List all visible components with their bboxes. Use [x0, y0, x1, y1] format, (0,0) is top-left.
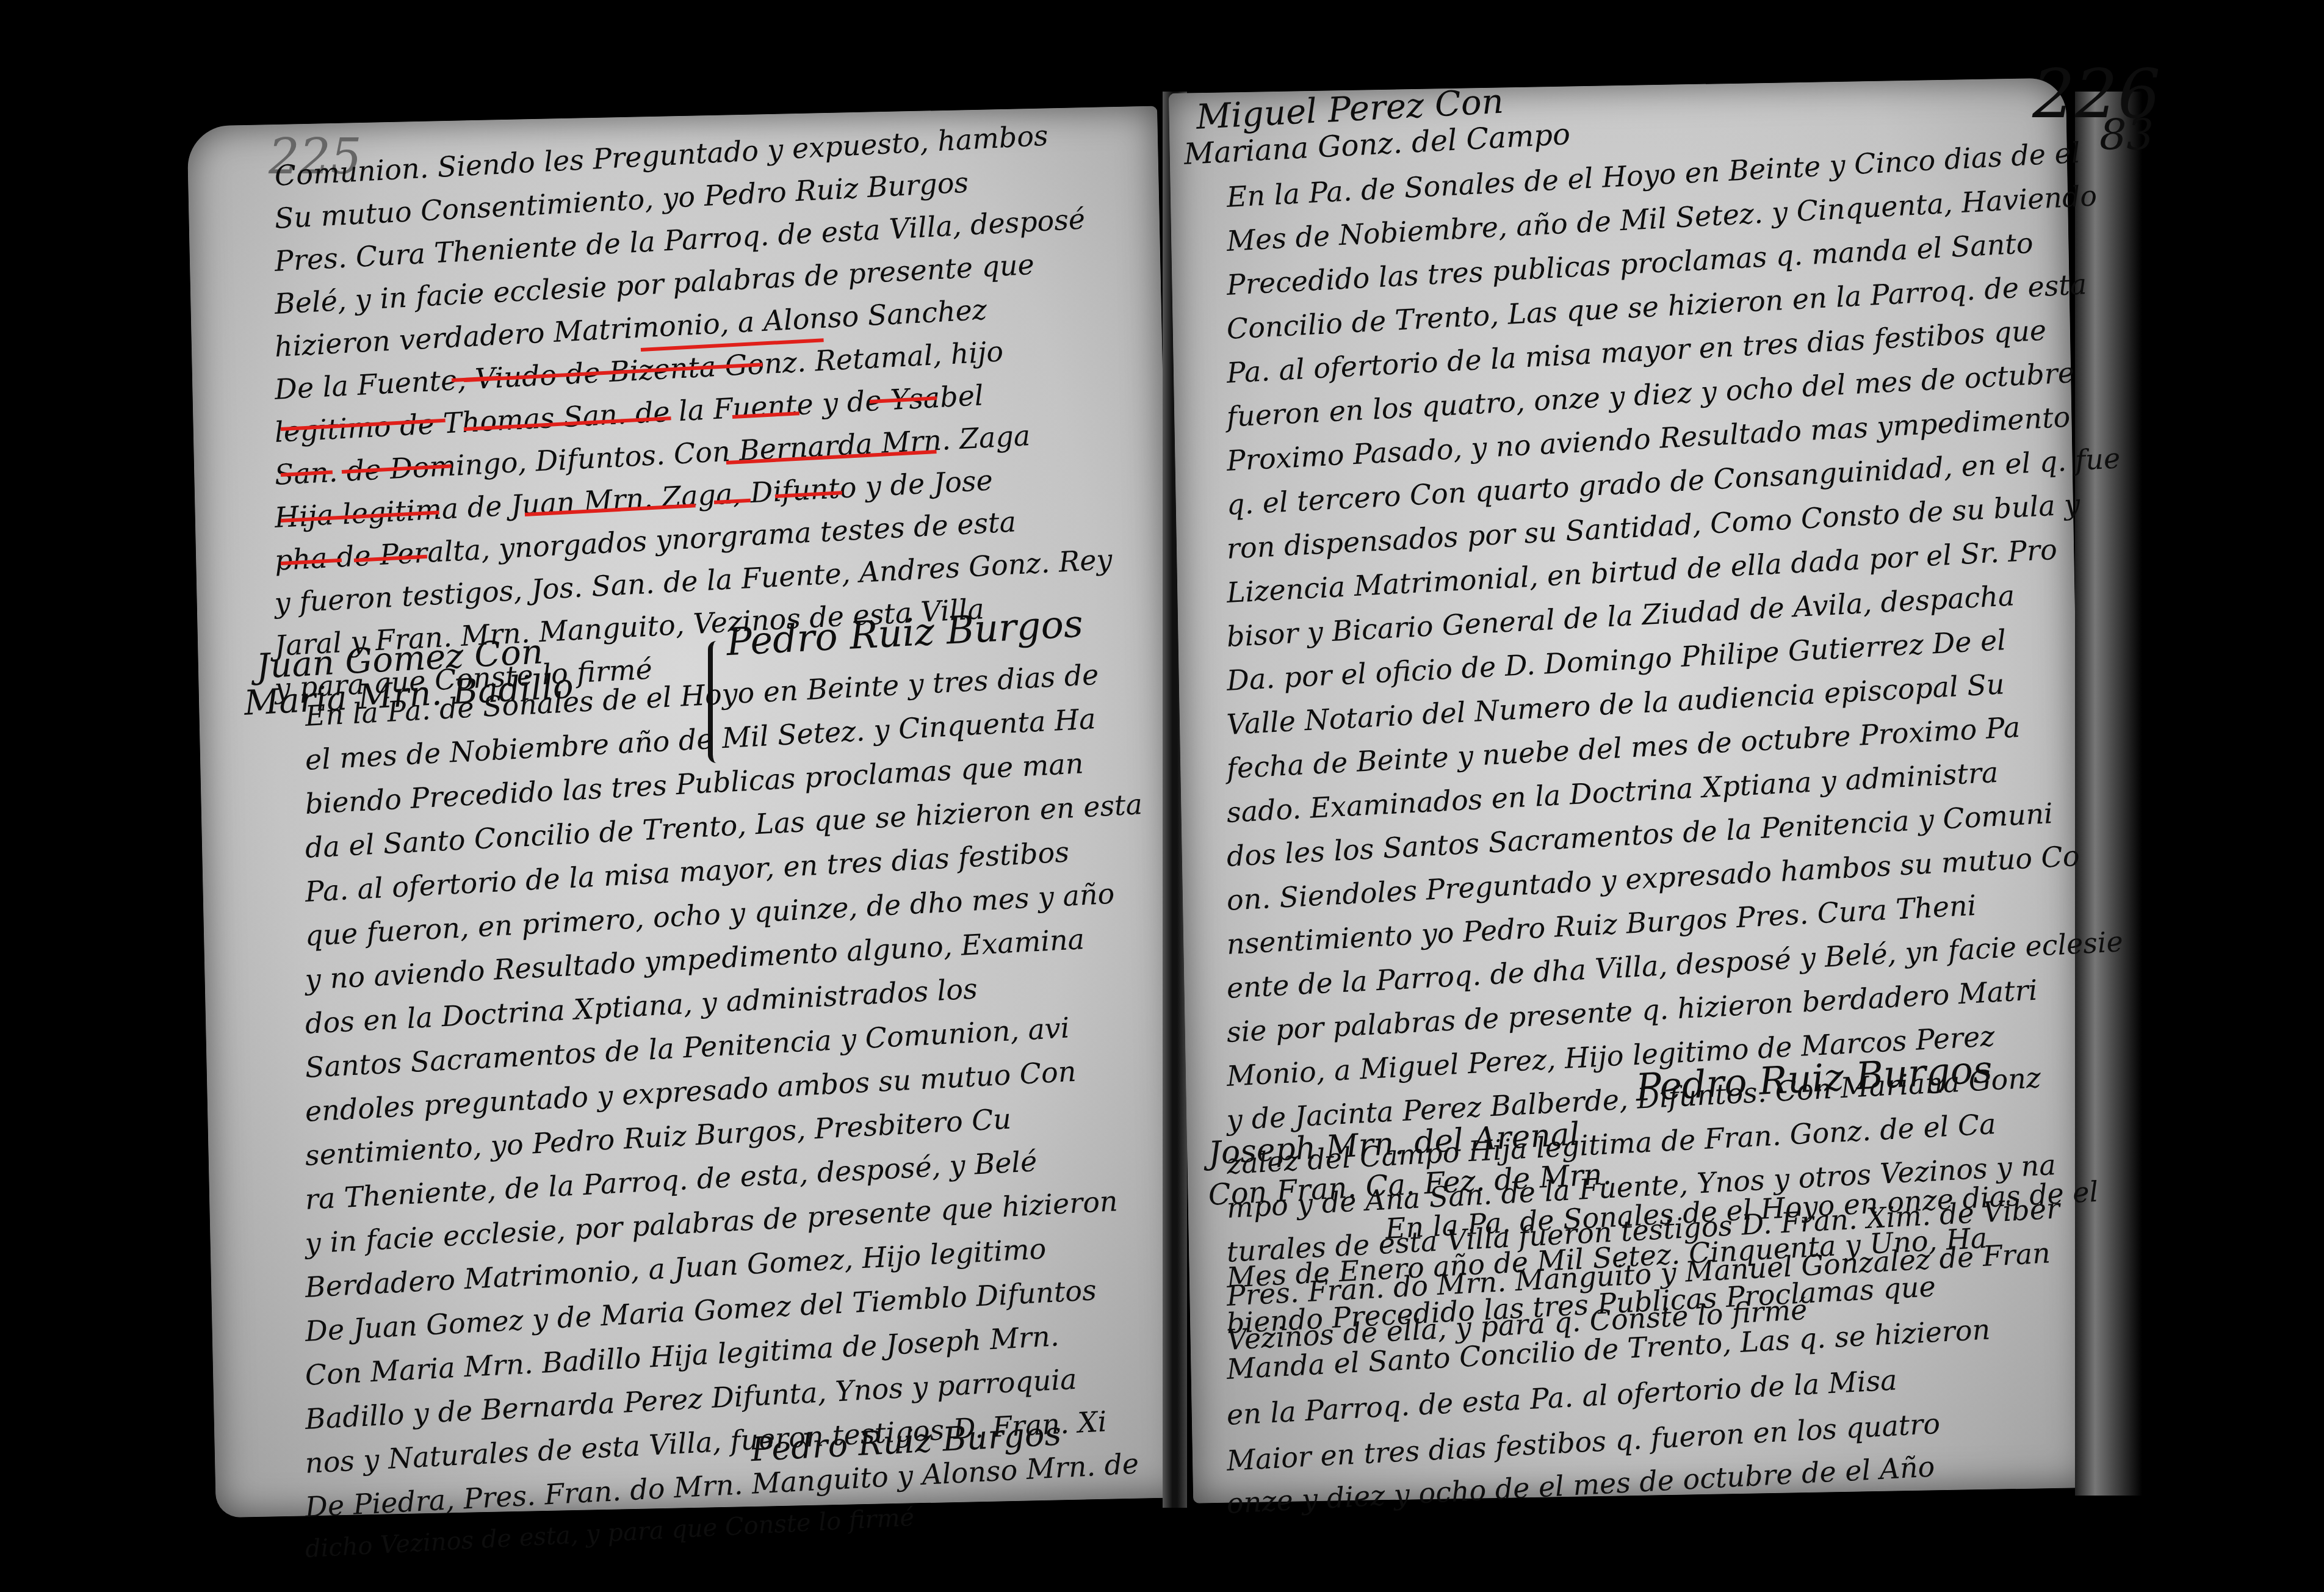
edge-folio-fragment: 83	[2099, 110, 2154, 160]
microfilm-frame: 225 226 83 Comunion. Siendo les Pregunta…	[0, 0, 2324, 1592]
adjacent-page-edge	[2075, 92, 2142, 1496]
